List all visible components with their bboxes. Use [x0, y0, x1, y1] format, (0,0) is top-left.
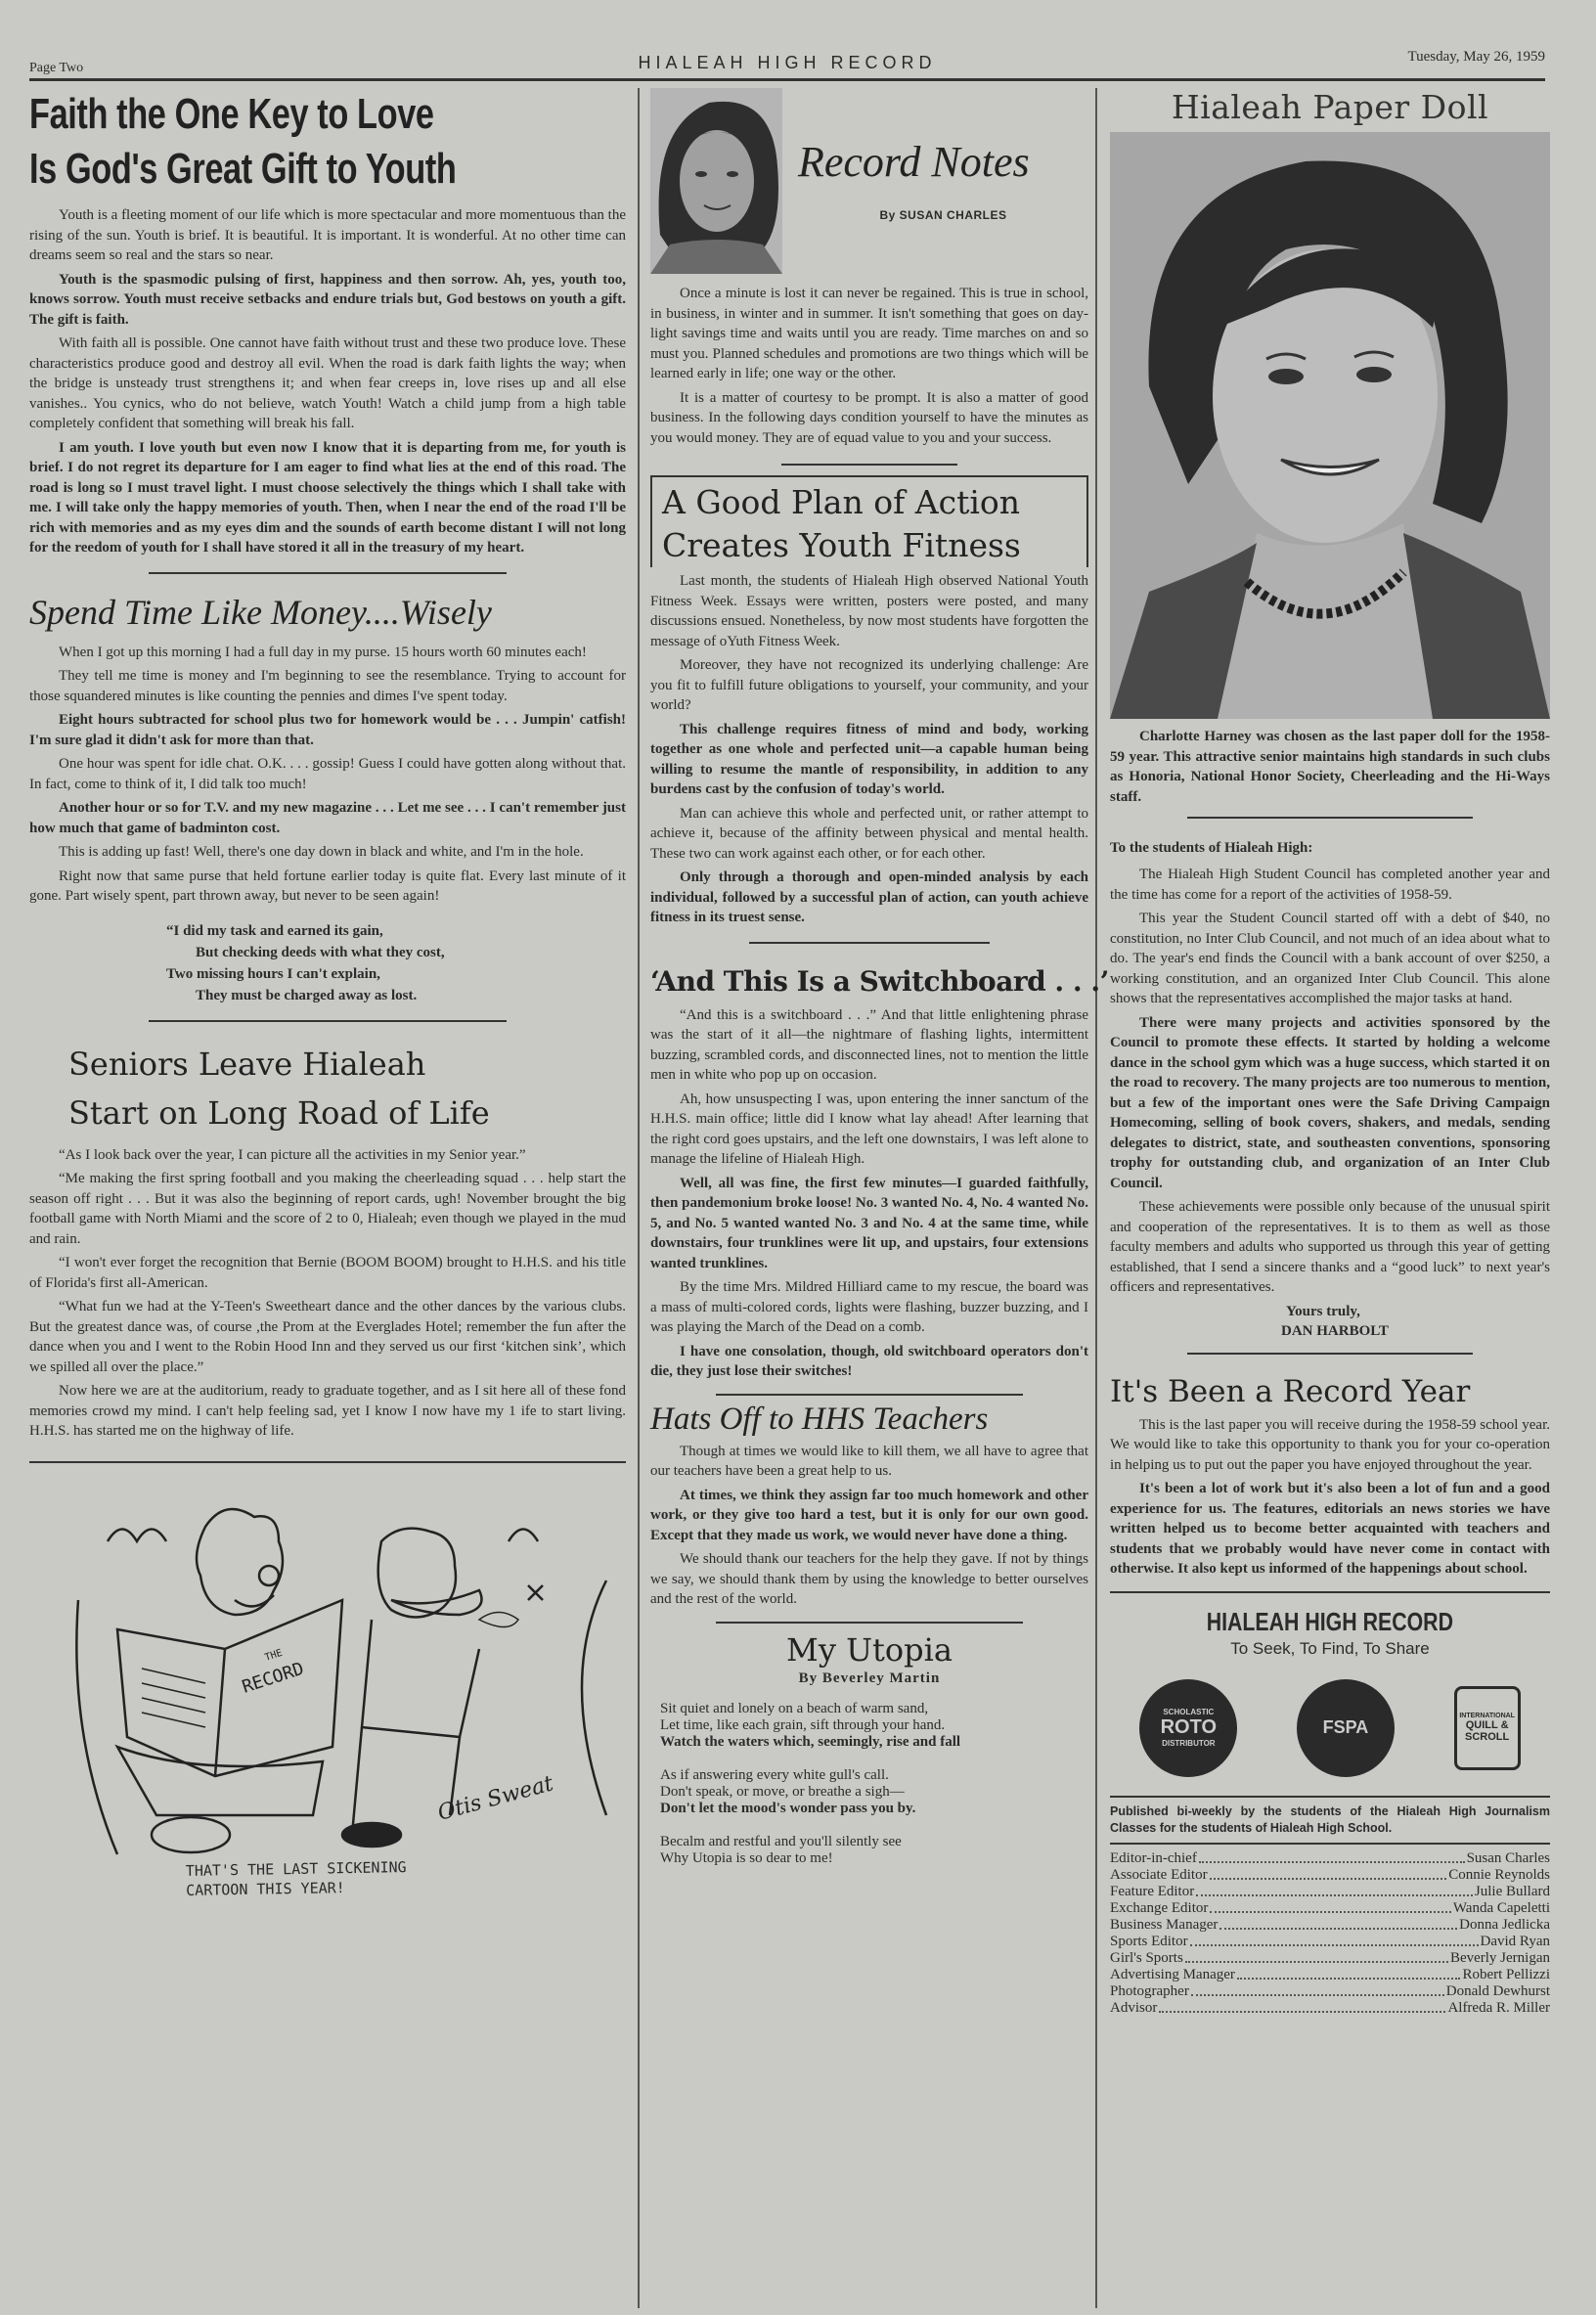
leader-dots — [1210, 1867, 1447, 1880]
svg-text:RECORD: RECORD — [240, 1658, 306, 1697]
staff-role: Photographer — [1110, 1983, 1189, 2000]
cartoon-drawing-icon: RECORD THE Otis Sweat — [49, 1483, 616, 1874]
record-year-article: It's Been a Record Year This is the last… — [1110, 1372, 1550, 1580]
scholastic-roto-seal-icon: SCHOLASTIC ROTO DISTRIBUTOR — [1139, 1679, 1237, 1777]
paragraph: Youth is a fleeting moment of our life w… — [29, 205, 626, 266]
switchboard-headline: ‘And This Is a Switchboard . . .’ — [650, 965, 1088, 998]
stanza: Becalm and restful and you'll silently s… — [660, 1834, 1088, 1867]
paper-doll-caption: Charlotte Harney was chosen as the last … — [1110, 727, 1550, 807]
paragraph: Right now that same purse that held fort… — [29, 867, 626, 907]
utopia-poem: My Utopia By Beverley Martin Sit quiet a… — [650, 1631, 1088, 1867]
verse-line: Why Utopia is so dear to me! — [660, 1850, 1088, 1867]
poem-line: “I did my task and earned its gain, — [166, 920, 626, 942]
spend-time-body: When I got up this morning I had a full … — [29, 643, 626, 907]
poem-line: They must be charged away as lost. — [166, 985, 626, 1006]
staff-role: Business Manager — [1110, 1917, 1218, 1934]
leader-dots — [1185, 1950, 1448, 1963]
column-divider — [1095, 88, 1097, 2308]
paper-doll-feature: Hialeah Paper Doll Charlotte Harney was … — [1110, 88, 1550, 807]
staff-name: Alfreda R. Miller — [1447, 2000, 1550, 2017]
flag-header: HIALEAH HIGH RECORD To Seek, To Find, To… — [1110, 1607, 1550, 1659]
staff-name: Wanda Capeletti — [1453, 1900, 1550, 1917]
staff-row: AdvisorAlfreda R. Miller — [1110, 2000, 1550, 2017]
section-rule — [1187, 1353, 1474, 1355]
author-portrait-photo — [650, 88, 782, 274]
verse-line: Let time, like each grain, sift through … — [660, 1717, 1088, 1734]
paragraph: It's been a lot of work but it's also be… — [1110, 1479, 1550, 1580]
section-rule — [716, 1622, 1023, 1624]
fitness-headline-box: A Good Plan of Action Creates Youth Fitn… — [650, 475, 1088, 567]
verse-line: Watch the waters which, seemingly, rise … — [660, 1734, 1088, 1751]
paragraph: This is adding up fast! Well, there's on… — [29, 842, 626, 863]
section-rule — [1110, 1591, 1550, 1593]
paragraph: When I got up this morning I had a full … — [29, 643, 626, 663]
staff-name: Robert Pellizzi — [1462, 1967, 1550, 1983]
leader-dots — [1219, 1917, 1457, 1930]
section-rule — [149, 1020, 507, 1022]
staff-box: Editor-in-chiefSusan CharlesAssociate Ed… — [1110, 1850, 1550, 2017]
staff-name: Donald Dewhurst — [1446, 1983, 1550, 2000]
paragraph: It is a matter of courtesy to be prompt.… — [650, 388, 1088, 449]
verse-line: Sit quiet and lonely on a beach of warm … — [660, 1701, 1088, 1717]
paragraph: Well, all was fine, the first few minute… — [650, 1174, 1088, 1274]
spend-time-headline: Spend Time Like Money....Wisely — [29, 592, 626, 633]
paragraph: “As I look back over the year, I can pic… — [29, 1145, 626, 1166]
faith-headline-line1: Faith the One Key to Love — [29, 88, 495, 141]
staff-row: Business ManagerDonna Jedlicka — [1110, 1917, 1550, 1934]
staff-role: Advertising Manager — [1110, 1967, 1235, 1983]
paragraph: Another hour or so for T.V. and my new m… — [29, 798, 626, 838]
faith-headline-line2: Is God's Great Gift to Youth — [29, 143, 495, 196]
section-rule — [749, 942, 990, 944]
paragraph: Only through a thorough and open-minded … — [650, 868, 1088, 928]
staff-name: Susan Charles — [1467, 1850, 1550, 1867]
utopia-title: My Utopia — [650, 1631, 1088, 1669]
fitness-article: A Good Plan of Action Creates Youth Fitn… — [650, 475, 1088, 928]
paragraph: Moreover, they have not recognized its u… — [650, 655, 1088, 716]
column-middle: Record Notes By SUSAN CHARLES Once a min… — [650, 88, 1088, 1884]
fitness-headline-line2: Creates Youth Fitness — [662, 524, 1077, 567]
paper-doll-photo — [1110, 132, 1550, 719]
record-notes-header: Record Notes By SUSAN CHARLES — [650, 88, 1088, 274]
staff-role: Exchange Editor — [1110, 1900, 1208, 1917]
paragraph: Man can achieve this whole and perfected… — [650, 804, 1088, 865]
paragraph: Though at times we would like to kill th… — [650, 1442, 1088, 1482]
utopia-stanzas: Sit quiet and lonely on a beach of warm … — [650, 1701, 1088, 1867]
paper-doll-title: Hialeah Paper Doll — [1110, 88, 1550, 126]
staff-role: Feature Editor — [1110, 1884, 1194, 1900]
leader-dots — [1196, 1884, 1473, 1896]
stanza: As if answering every white gull's call.… — [660, 1767, 1088, 1817]
record-notes-title: Record Notes — [798, 137, 1088, 187]
verse-line: Becalm and restful and you'll silently s… — [660, 1834, 1088, 1850]
paragraph: Ah, how unsuspecting I was, upon enterin… — [650, 1090, 1088, 1170]
section-rule — [149, 572, 507, 574]
record-notes-column: Record Notes By SUSAN CHARLES Once a min… — [650, 88, 1088, 448]
quill-and-scroll-seal-icon: INTERNATIONAL QUILL & SCROLL — [1454, 1686, 1521, 1770]
staff-row: Feature EditorJulie Bullard — [1110, 1884, 1550, 1900]
poem-line: Two missing hours I can't explain, — [166, 963, 626, 985]
flag-paper-name: HIALEAH HIGH RECORD — [1207, 1607, 1453, 1637]
record-year-headline: It's Been a Record Year — [1110, 1372, 1550, 1411]
paragraph: At times, we think they assign far too m… — [650, 1486, 1088, 1546]
leader-dots — [1210, 1900, 1450, 1913]
paragraph: The Hialeah High Student Council has com… — [1110, 865, 1550, 905]
paragraph: Now here we are at the auditorium, ready… — [29, 1381, 626, 1442]
record-year-body: This is the last paper you will receive … — [1110, 1415, 1550, 1580]
verse-line: Don't let the mood's wonder pass you by. — [660, 1801, 1088, 1817]
paper-name: HIALEAH HIGH RECORD — [29, 53, 1545, 73]
paragraph: These achievements were possible only be… — [1110, 1197, 1550, 1298]
staff-name: Beverly Jernigan — [1450, 1950, 1550, 1967]
paragraph: By the time Mrs. Mildred Hilliard came t… — [650, 1277, 1088, 1338]
flag-motto: To Seek, To Find, To Share — [1110, 1639, 1550, 1659]
council-letter-body: The Hialeah High Student Council has com… — [1110, 865, 1550, 1298]
paragraph: One hour was spent for idle chat. O.K. .… — [29, 754, 626, 794]
paragraph: “I won't ever forget the recognition tha… — [29, 1253, 626, 1293]
staff-role: Advisor — [1110, 2000, 1157, 2017]
paragraph: “And this is a switchboard . . .” And th… — [650, 1005, 1088, 1086]
faith-article: Faith the One Key to Love Is God's Great… — [29, 88, 626, 558]
staff-role: Girl's Sports — [1110, 1950, 1183, 1967]
staff-row: Editor-in-chiefSusan Charles — [1110, 1850, 1550, 1867]
paragraph: They tell me time is money and I'm begin… — [29, 666, 626, 706]
svg-text:THE: THE — [264, 1647, 285, 1663]
section-rule — [716, 1394, 1023, 1396]
editorial-cartoon: RECORD THE Otis Sweat THAT'S THE LAST SI… — [29, 1461, 626, 1893]
staff-name: Julie Bullard — [1475, 1884, 1550, 1900]
paragraph: We should thank our teachers for the hel… — [650, 1549, 1088, 1610]
staff-row: Girl's SportsBeverly Jernigan — [1110, 1950, 1550, 1967]
leader-dots — [1191, 1983, 1444, 1996]
column-divider — [638, 88, 640, 2308]
letter-closing: Yours truly, — [1286, 1302, 1550, 1321]
letter-signature: DAN HARBOLT — [1281, 1321, 1550, 1341]
publication-note: Published bi-weekly by the students of t… — [1110, 1796, 1550, 1845]
leader-dots — [1159, 2000, 1445, 2013]
seniors-headline: Seniors Leave Hialeah Start on Long Road… — [68, 1040, 626, 1137]
staff-row: Advertising ManagerRobert Pellizzi — [1110, 1967, 1550, 1983]
staff-role: Editor-in-chief — [1110, 1850, 1197, 1867]
leader-dots — [1190, 1934, 1479, 1946]
paragraph: Eight hours subtracted for school plus t… — [29, 710, 626, 750]
council-letter: To the students of Hialeah High: The Hia… — [1110, 840, 1550, 1341]
column-right: Hialeah Paper Doll Charlotte Harney was … — [1110, 88, 1550, 2017]
letter-salutation: To the students of Hialeah High: — [1110, 840, 1550, 857]
paragraph: I am youth. I love youth but even now I … — [29, 438, 626, 558]
paragraph: Youth is the spasmodic pulsing of first,… — [29, 270, 626, 331]
section-rule — [1187, 817, 1474, 819]
portrait-icon — [650, 88, 782, 274]
masthead: Page Two HIALEAH HIGH RECORD Tuesday, Ma… — [29, 49, 1545, 78]
staff-name: Donna Jedlicka — [1459, 1917, 1550, 1934]
paragraph: “Me making the first spring football and… — [29, 1169, 626, 1249]
paragraph: There were many projects and activities … — [1110, 1013, 1550, 1194]
teachers-body: Though at times we would like to kill th… — [650, 1442, 1088, 1610]
section-rule — [781, 464, 956, 466]
leader-dots — [1199, 1850, 1465, 1863]
switchboard-article: ‘And This Is a Switchboard . . .’ “And t… — [650, 965, 1088, 1382]
masthead-rule — [29, 78, 1545, 81]
stanza: Sit quiet and lonely on a beach of warm … — [660, 1701, 1088, 1751]
paragraph: This year the Student Council started of… — [1110, 909, 1550, 1009]
spend-time-article: Spend Time Like Money....Wisely When I g… — [29, 592, 626, 1006]
seniors-headline-line1: Seniors Leave Hialeah — [68, 1040, 626, 1089]
seniors-body: “As I look back over the year, I can pic… — [29, 1145, 626, 1442]
fspa-seal-icon: FSPA — [1297, 1679, 1395, 1777]
record-notes-byline: By SUSAN CHARLES — [798, 208, 1088, 222]
staff-row: Associate EditorConnie Reynolds — [1110, 1867, 1550, 1884]
staff-row: Sports EditorDavid Ryan — [1110, 1934, 1550, 1950]
paragraph: I have one consolation, though, old swit… — [650, 1342, 1088, 1382]
teachers-article: Hats Off to HHS Teachers Though at times… — [650, 1402, 1088, 1610]
paragraph: Once a minute is lost it can never be re… — [650, 284, 1088, 384]
seniors-headline-line2: Start on Long Road of Life — [68, 1089, 626, 1137]
cartoon-caption-line2: CARTOON THIS YEAR! — [186, 1877, 407, 1900]
staff-row: Exchange EditorWanda Capeletti — [1110, 1900, 1550, 1917]
paragraph: This is the last paper you will receive … — [1110, 1415, 1550, 1476]
portrait-icon — [1110, 132, 1550, 719]
switchboard-body: “And this is a switchboard . . .” And th… — [650, 1005, 1088, 1382]
seniors-article: Seniors Leave Hialeah Start on Long Road… — [29, 1040, 626, 1442]
press-association-seals: SCHOLASTIC ROTO DISTRIBUTOR FSPA INTERNA… — [1110, 1674, 1550, 1782]
paragraph: This challenge requires fitness of mind … — [650, 720, 1088, 800]
issue-date: Tuesday, May 26, 1959 — [1407, 49, 1545, 66]
staff-role: Associate Editor — [1110, 1867, 1208, 1884]
staff-name: David Ryan — [1481, 1934, 1550, 1950]
staff-row: PhotographerDonald Dewhurst — [1110, 1983, 1550, 2000]
staff-name: Connie Reynolds — [1448, 1867, 1550, 1884]
cartoon-caption-line1: THAT'S THE LAST SICKENING — [186, 1857, 407, 1881]
verse-line: As if answering every white gull's call. — [660, 1767, 1088, 1784]
record-notes-body: Once a minute is lost it can never be re… — [650, 284, 1088, 448]
fitness-headline-line1: A Good Plan of Action — [662, 481, 1077, 524]
faith-body: Youth is a fleeting moment of our life w… — [29, 205, 626, 558]
staff-role: Sports Editor — [1110, 1934, 1188, 1950]
utopia-byline: By Beverley Martin — [650, 1670, 1088, 1687]
teachers-headline: Hats Off to HHS Teachers — [650, 1402, 1088, 1438]
paragraph: Last month, the students of Hialeah High… — [650, 571, 1088, 651]
paper-flag: HIALEAH HIGH RECORD To Seek, To Find, To… — [1110, 1607, 1550, 2017]
poem-line: But checking deeds with what they cost, — [166, 942, 626, 963]
paragraph: With faith all is possible. One cannot h… — [29, 334, 626, 434]
verse-line: Don't speak, or move, or breathe a sigh— — [660, 1784, 1088, 1801]
cartoon-caption: THAT'S THE LAST SICKENING CARTOON THIS Y… — [186, 1857, 407, 1900]
column-left: Faith the One Key to Love Is God's Great… — [29, 88, 626, 1893]
leader-dots — [1237, 1967, 1461, 1980]
fitness-body: Last month, the students of Hialeah High… — [650, 567, 1088, 928]
paragraph: “What fun we had at the Y-Teen's Sweethe… — [29, 1297, 626, 1377]
spend-time-poem: “I did my task and earned its gain, But … — [166, 920, 626, 1006]
